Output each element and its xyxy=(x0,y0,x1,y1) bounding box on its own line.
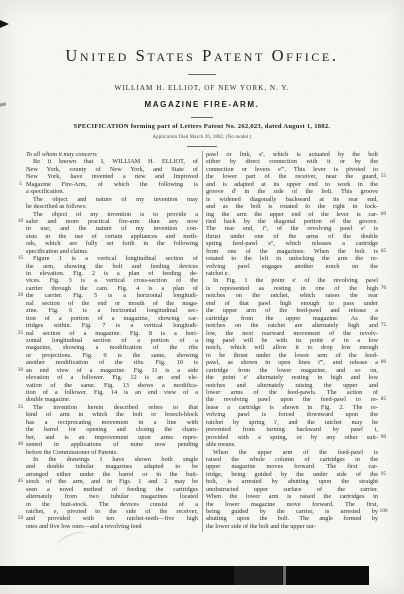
text-line: the upper arm of the feed-pawl and relea… xyxy=(206,307,389,314)
line-text: In the drawings I have shown both single xyxy=(26,456,198,463)
text-line: and double tubular magazines adapted to … xyxy=(15,463,198,470)
line-number xyxy=(15,471,26,478)
line-number: 20 xyxy=(15,292,26,299)
text-line: volving pawl is forced downward upon the xyxy=(206,411,389,418)
text-line: zine. Fig. 6 is a horizontal longitudina… xyxy=(15,307,198,314)
text-line: ods, which are fully set forth in the fo… xyxy=(15,240,198,247)
line-text: The object of my invention is to provide… xyxy=(26,211,198,218)
line-number xyxy=(378,486,389,493)
line-text: end of that pawl high enough to pass und… xyxy=(206,300,378,307)
text-line: rotated to the left in unlocking the arm… xyxy=(206,255,389,262)
line-number xyxy=(378,300,389,307)
text-line: being guided by the carrier, is arrested… xyxy=(206,508,389,515)
line-text: ried back by the diagonal portion of the… xyxy=(206,218,378,225)
line-number xyxy=(378,493,389,500)
line-number xyxy=(378,255,389,262)
line-number: 5 xyxy=(15,181,26,188)
line-number: 15 xyxy=(15,255,26,262)
inventor-line: WILLIAM H. ELLIOT, OF NEW YORK, N. Y. xyxy=(0,84,404,92)
text-line: the arm, showing the bolt and feeding de… xyxy=(15,263,198,270)
text-line: kind of arm in which the bolt or breech-… xyxy=(15,411,198,418)
line-number: 65 xyxy=(378,248,389,255)
line-text: pawl or link, e', which is actuated by t… xyxy=(206,151,378,158)
text-line: ing pawl will be with its point e' in a … xyxy=(206,337,389,344)
line-text: a specification. xyxy=(26,188,198,195)
text-line: ratchet, e, pivoted to the side of the r… xyxy=(15,508,198,515)
line-text: nal section of the end or mouth of the m… xyxy=(26,300,198,307)
line-text: lower arms of the feed-pawls. The action… xyxy=(206,389,378,396)
line-number xyxy=(15,449,26,456)
specification-line: SPECIFICATION forming part of Letters Pa… xyxy=(0,123,404,130)
line-text: ber, and is an improvement upon arms rep… xyxy=(26,434,198,441)
scan-band-light-patch xyxy=(234,566,282,585)
line-text: kind of arm in which the bolt or breech-… xyxy=(26,411,198,418)
line-number xyxy=(378,218,389,225)
line-text: safer and more practical fire-arm than a… xyxy=(26,218,198,225)
line-text: volving pawl is forced downward upon the xyxy=(206,411,378,418)
line-number xyxy=(378,374,389,381)
divider-rule xyxy=(188,74,216,75)
text-line: able means. xyxy=(206,441,389,448)
line-text: in elevation. Fig. 2 is a plan of feedin… xyxy=(26,270,198,277)
line-number xyxy=(378,270,389,277)
line-number xyxy=(15,173,26,180)
line-text: cartridge from the upper magazine. As th… xyxy=(206,315,378,322)
line-text: double magazine. xyxy=(26,396,198,403)
line-text: pawl, as shown in open lines i''', and r… xyxy=(206,359,378,366)
line-text: the point e' alternately resting in high… xyxy=(206,374,378,381)
line-number xyxy=(15,151,26,158)
text-line: The rear end, i'', of the revolving pawl… xyxy=(206,225,389,232)
line-text: cartridge from the lower magazine, and s… xyxy=(206,367,378,374)
line-text: has a reciprocating movement in a line w… xyxy=(26,419,198,426)
line-number xyxy=(15,307,26,314)
text-line: volving pawl engages another notch on th… xyxy=(206,263,389,270)
text-line: raised the whole column of cartridges in… xyxy=(206,456,389,463)
text-line: the point e' alternately resting in high… xyxy=(206,374,389,381)
text-line: The object of my invention is to provide… xyxy=(15,211,198,218)
line-number xyxy=(15,270,26,277)
text-line: specification and claims. xyxy=(15,248,198,255)
line-number xyxy=(15,248,26,255)
line-number xyxy=(378,352,389,359)
line-number xyxy=(15,456,26,463)
line-text: elevation of a follower. Fig. 12 is an e… xyxy=(26,374,198,381)
line-number xyxy=(378,151,389,158)
line-number xyxy=(378,292,389,299)
text-line: 15Figure 1 is a vertical longitudinal se… xyxy=(15,255,198,262)
line-number: 70 xyxy=(378,285,389,292)
text-line: 35The invention herein described refers … xyxy=(15,404,198,411)
line-text: arranged either under the barrel or in t… xyxy=(26,471,198,478)
line-number xyxy=(15,211,26,218)
text-line: upper magazine moves forward. The first … xyxy=(206,463,389,470)
line-text: ods, which are fully set forth in the fo… xyxy=(26,240,198,247)
text-line: 10safer and more practical fire-arm than… xyxy=(15,218,198,225)
line-number: 25 xyxy=(15,330,26,337)
text-line: in use; and the nature of my invention c… xyxy=(15,225,198,232)
text-line: tion of a follower. Fig. 14 is an end vi… xyxy=(15,389,198,396)
text-line: lease a cartridge is shown in Fig. 2. Th… xyxy=(206,404,389,411)
line-number xyxy=(378,307,389,314)
line-text: another modification of the ribs. Fig. 1… xyxy=(26,359,198,366)
line-text: the lower side of the bolt and the upper… xyxy=(206,523,378,530)
text-line: thrust under one of the arms of the doub… xyxy=(206,233,389,240)
line-number xyxy=(15,508,26,515)
line-text: spring feed-pawl e'', which releases a c… xyxy=(206,240,378,247)
line-number xyxy=(378,382,389,389)
line-number xyxy=(15,263,26,270)
line-text: prevented from turning backward by pawl … xyxy=(206,426,378,433)
line-number: 45 xyxy=(15,478,26,485)
text-line: connection or levers e'''. This lever is… xyxy=(206,166,389,173)
line-number: 80 xyxy=(378,359,389,366)
text-line: To all whom it may concern: xyxy=(15,151,198,158)
line-number: 35 xyxy=(15,404,26,411)
line-number: 85 xyxy=(378,396,389,403)
text-line: 40sented in applications of mine now pen… xyxy=(15,441,198,448)
text-line: from one of the magazines. When the bolt… xyxy=(206,248,389,255)
line-text: vices. Fig. 3 is a vertical cross-sectio… xyxy=(26,277,198,284)
line-number xyxy=(15,203,26,210)
line-number xyxy=(15,419,26,426)
patent-office-title: United States Patent Office. xyxy=(0,46,404,66)
text-line: seen a novel method of feeding the cartr… xyxy=(15,486,198,493)
line-text: tion of a portion of a magazine, showing… xyxy=(26,315,198,322)
scanner-black-band xyxy=(0,566,369,585)
line-number xyxy=(378,501,389,508)
line-text: lease a cartridge is shown in Fig. 2. Th… xyxy=(206,404,378,411)
line-number xyxy=(15,285,26,292)
line-text: seen a novel method of feeding the cartr… xyxy=(26,486,198,493)
line-number xyxy=(15,426,26,433)
line-text: the arm, showing the bolt and feeding de… xyxy=(26,263,198,270)
line-text: New York, have invented a new and Improv… xyxy=(26,173,198,180)
application-filed-line: Application filed March 20, 1882. (No mo… xyxy=(0,135,404,140)
text-line: ing the arm the upper end of the lever i… xyxy=(206,211,389,218)
text-line: another modification of the ribs. Fig. 1… xyxy=(15,359,198,366)
text-line: In Fig. 1 the point e' of the revolving … xyxy=(206,277,389,284)
line-text: ratchet, e, pivoted to the side of the r… xyxy=(26,508,198,515)
text-line: notch, which will allow it to drop low e… xyxy=(206,344,389,351)
text-line: has a reciprocating movement in a line w… xyxy=(15,419,198,426)
line-text: low, the next rearward movement of the r… xyxy=(206,330,378,337)
line-number xyxy=(378,203,389,210)
line-number xyxy=(378,441,389,448)
text-line: notches and alternately raising the uppe… xyxy=(206,382,389,389)
text-line: nal section of the end or mouth of the m… xyxy=(15,300,198,307)
line-number xyxy=(378,411,389,418)
text-line: When the lower arm is raised the cartrid… xyxy=(206,493,389,500)
text-line: alternately from two tubular magazines l… xyxy=(15,493,198,500)
line-number xyxy=(378,478,389,485)
line-text: either by direct connection with it or b… xyxy=(206,158,378,165)
text-line: unobstructed upper surface of the carrie… xyxy=(206,486,389,493)
line-number xyxy=(378,240,389,247)
text-line: arranged either under the barrel or in t… xyxy=(15,471,198,478)
line-number xyxy=(378,263,389,270)
line-text: zine. Fig. 6 is a horizontal longitudina… xyxy=(26,307,198,314)
scan-arrow-mark-icon xyxy=(0,20,9,28)
text-line: before the Commissioner of Patents. xyxy=(15,449,198,456)
text-line: sists in the use of certain appliances a… xyxy=(15,233,198,240)
text-line: notches on the ratchet, which raises the… xyxy=(206,292,389,299)
column-divider-rule xyxy=(202,151,203,532)
text-line: New York, have invented a new and Improv… xyxy=(15,173,198,180)
text-line: provided with a spring, or by any other … xyxy=(206,434,389,441)
text-line: the revolving pawl upon the feed-pawl to… xyxy=(206,396,389,403)
line-text: To all whom it may concern: xyxy=(26,151,198,158)
line-number xyxy=(378,463,389,470)
text-line: ratchet by spring i', and the ratchet ma… xyxy=(206,419,389,426)
line-number: 55 xyxy=(378,173,389,180)
line-text: alternately from two tubular magazines l… xyxy=(26,493,198,500)
text-line: double magazine. xyxy=(15,396,198,403)
line-text: In Fig. 1 the point e' of the revolving … xyxy=(206,277,378,284)
line-number xyxy=(378,389,389,396)
text-line: ried back by the diagonal portion of the… xyxy=(206,218,389,225)
line-number xyxy=(15,523,26,530)
line-text: the carrier. Fig. 5 is a horizontal long… xyxy=(26,292,198,299)
line-text: be described as follows: xyxy=(26,203,198,210)
line-text: specification and claims. xyxy=(26,248,198,255)
pencil-stray-mark xyxy=(54,529,89,555)
text-line: Be it known that I, WILLIAM H. ELLIOT, o… xyxy=(15,158,198,165)
line-number xyxy=(15,434,26,441)
line-number xyxy=(378,523,389,530)
line-number xyxy=(15,158,26,165)
text-line: elevation of a follower. Fig. 12 is an e… xyxy=(15,374,198,381)
text-line: to be thrust under the lower arm of the … xyxy=(206,352,389,359)
line-text: or projections. Fig. 9 is the same, show… xyxy=(26,352,198,359)
line-number xyxy=(378,337,389,344)
text-line: the barrel for opening and closing the c… xyxy=(15,426,198,433)
invention-title: MAGAZINE FIRE-ARM. xyxy=(0,100,404,109)
text-line: the lower magazine move forward. The fir… xyxy=(206,501,389,508)
line-text: from one of the magazines. When the bolt… xyxy=(206,248,378,255)
line-number: 10 xyxy=(15,218,26,225)
text-line: or projections. Fig. 9 is the same, show… xyxy=(15,352,198,359)
text-line: prevented from turning backward by pawl … xyxy=(206,426,389,433)
text-line: 5Magazine Fire-Arm, of which the followi… xyxy=(15,181,198,188)
text-line: pawl, as shown in open lines i''', and r… xyxy=(206,359,389,366)
line-number xyxy=(15,344,26,351)
line-text: Figure 1 is a vertical longitudinal sect… xyxy=(26,255,198,262)
text-line: zontal longitudinal section of a portion… xyxy=(15,337,198,344)
line-number xyxy=(15,315,26,322)
line-text: sented in applications of mine now pendi… xyxy=(26,441,198,448)
text-line: the lower side of the bolt and the upper… xyxy=(206,523,389,530)
line-text: connection or levers e'''. This lever is… xyxy=(206,166,378,173)
line-number xyxy=(378,315,389,322)
line-number: 95 xyxy=(378,471,389,478)
line-number xyxy=(378,225,389,232)
line-number xyxy=(15,233,26,240)
line-number xyxy=(378,158,389,165)
line-text: being guided by the carrier, is arrested… xyxy=(206,508,378,515)
text-line: 45stock of the arm, and in Figs. 1 and 2… xyxy=(15,478,198,485)
text-line: tion of a portion of a magazine, showing… xyxy=(15,315,198,322)
text-line: carrier through the cam. Fig. 4 is a pla… xyxy=(15,285,198,292)
line-text: before the Commissioner of Patents. xyxy=(26,449,198,456)
line-number xyxy=(15,196,26,203)
line-text: provided with a spring, or by any other … xyxy=(206,434,378,441)
line-text: ing pawl will be with its point e' in a … xyxy=(206,337,378,344)
text-line: and as the bolt is rotated to the right … xyxy=(206,203,389,210)
text-line: and is adapted at its upper end to work … xyxy=(206,181,389,188)
text-line: 30an end view of a magazine. Fig. 11 is … xyxy=(15,367,198,374)
text-line: in elevation. Fig. 2 is a plan of feedin… xyxy=(15,270,198,277)
line-text: volving pawl engages another notch on th… xyxy=(206,263,378,270)
line-text: in the butt-stock. The devices consist o… xyxy=(26,501,198,508)
line-number xyxy=(15,396,26,403)
text-line: pawl or link, e', which is actuated by t… xyxy=(206,151,389,158)
right-column: pawl or link, e', which is actuated by t… xyxy=(206,151,389,530)
line-text: tion of a follower. Fig. 14 is an end vi… xyxy=(26,389,198,396)
text-line: tridge, being guided by the under side o… xyxy=(206,471,389,478)
line-text: tridges within. Fig. 7 is a vertical lon… xyxy=(26,322,198,329)
line-number xyxy=(378,233,389,240)
line-number xyxy=(378,181,389,188)
line-number xyxy=(15,166,26,173)
line-text: ratchet by spring i', and the ratchet ma… xyxy=(206,419,378,426)
text-line: tridges within. Fig. 7 is a vertical lon… xyxy=(15,322,198,329)
text-line: The object and nature of my invention ma… xyxy=(15,196,198,203)
scan-band-slit xyxy=(283,566,286,585)
line-number xyxy=(378,277,389,284)
line-number xyxy=(15,501,26,508)
line-number xyxy=(15,374,26,381)
text-line: is widened diagonally backward at its re… xyxy=(206,196,389,203)
line-text: New York, county of New York, and State … xyxy=(26,166,198,173)
line-number xyxy=(378,456,389,463)
line-text: Be it known that I, WILLIAM H. ELLIOT, o… xyxy=(26,158,198,165)
text-line: magazine, showing a modification of the … xyxy=(15,344,198,351)
text-line: a specification. xyxy=(15,188,198,195)
line-text: bolt, is arrested by abutting upon the s… xyxy=(206,478,378,485)
line-number xyxy=(15,382,26,389)
text-line: vices. Fig. 3 is a vertical cross-sectio… xyxy=(15,277,198,284)
line-text: and provided with ten ratchet-teeth—five… xyxy=(26,515,198,522)
line-text: notch, which will allow it to drop low e… xyxy=(206,344,378,351)
text-line: bolt, is arrested by abutting upon the s… xyxy=(206,478,389,485)
line-text: ing the arm the upper end of the lever i… xyxy=(206,211,378,218)
line-number xyxy=(378,404,389,411)
line-text: nal section of a magazine. Fig. 8 is a h… xyxy=(26,330,198,337)
line-number xyxy=(378,196,389,203)
line-number xyxy=(15,322,26,329)
line-text: The invention herein described refers to… xyxy=(26,404,198,411)
line-number xyxy=(15,493,26,500)
line-number xyxy=(15,359,26,366)
line-text: carrier through the cam. Fig. 4 is a pla… xyxy=(26,285,198,292)
line-text: and is adapted at its upper end to work … xyxy=(206,181,378,188)
line-text: notches on the ratchet, which raises the… xyxy=(206,292,378,299)
line-text: the lower magazine move forward. The fir… xyxy=(206,501,378,508)
text-line: In the drawings I have shown both single xyxy=(15,456,198,463)
line-number xyxy=(378,166,389,173)
text-line: vation of the same. Fig. 13 shows a modi… xyxy=(15,382,198,389)
line-text: to be thrust under the lower arm of the … xyxy=(206,352,378,359)
line-text: rotated to the left in unlocking the arm… xyxy=(206,255,378,262)
line-text: able means. xyxy=(206,441,378,448)
line-number: 75 xyxy=(378,322,389,329)
specification-body: To all whom it may concern:Be it known t… xyxy=(15,151,389,532)
line-text: abutting upon the bolt. The angle formed… xyxy=(206,515,378,522)
line-text: the barrel for opening and closing the c… xyxy=(26,426,198,433)
line-text: Magazine Fire-Arm, of which the followin… xyxy=(26,181,198,188)
line-number: 60 xyxy=(378,211,389,218)
line-text: upper magazine moves forward. The first … xyxy=(206,463,378,470)
text-line: spring feed-pawl e'', which releases a c… xyxy=(206,240,389,247)
text-line: cartridge from the lower magazine, and s… xyxy=(206,367,389,374)
line-text: ones and five low ones—and a revolving f… xyxy=(26,523,198,530)
line-text: vation of the same. Fig. 13 shows a modi… xyxy=(26,382,198,389)
text-line: New York, county of New York, and State … xyxy=(15,166,198,173)
patent-document-page: United States Patent Office. WILLIAM H. … xyxy=(0,0,404,594)
line-number xyxy=(378,449,389,456)
line-text: ratchet e. xyxy=(206,270,378,277)
text-line: 20the carrier. Fig. 5 is a horizontal lo… xyxy=(15,292,198,299)
text-line: cartridge from the upper magazine. As th… xyxy=(206,315,389,322)
line-text: and as the bolt is rotated to the right … xyxy=(206,203,378,210)
text-line: either by direct connection with it or b… xyxy=(206,158,389,165)
line-text: the revolving pawl upon the feed-pawl to… xyxy=(206,396,378,403)
line-text: an end view of a magazine. Fig. 11 is a … xyxy=(26,367,198,374)
text-line: abutting upon the bolt. The angle formed… xyxy=(206,515,389,522)
line-text: notches and alternately raising the uppe… xyxy=(206,382,378,389)
line-number: 90 xyxy=(378,434,389,441)
text-line: low, the next rearward movement of the r… xyxy=(206,330,389,337)
line-text: and double tubular magazines adapted to … xyxy=(26,463,198,470)
divider-rule xyxy=(187,146,217,147)
line-number xyxy=(15,352,26,359)
line-text: groove d' in the side of the bolt. This … xyxy=(206,188,378,195)
line-number xyxy=(15,277,26,284)
text-line: groove d' in the side of the bolt. This … xyxy=(206,188,389,195)
line-number xyxy=(15,337,26,344)
text-line: ones and five low ones—and a revolving f… xyxy=(15,523,198,530)
line-text: sists in the use of certain appliances a… xyxy=(26,233,198,240)
text-line: 50and provided with ten ratchet-teeth—fi… xyxy=(15,515,198,522)
left-column: To all whom it may concern:Be it known t… xyxy=(15,151,198,530)
line-text: raised the whole column of cartridges in… xyxy=(206,456,378,463)
line-number xyxy=(15,225,26,232)
text-line: is represented as resting in one of the … xyxy=(206,285,389,292)
text-line: notches on the ratchet are alternately h… xyxy=(206,322,389,329)
line-text: tridge, being guided by the under side o… xyxy=(206,471,378,478)
line-number xyxy=(15,240,26,247)
line-text: is represented as resting in one of the … xyxy=(206,285,378,292)
line-text: is widened diagonally backward at its re… xyxy=(206,196,378,203)
line-number xyxy=(15,188,26,195)
line-number xyxy=(15,486,26,493)
line-number xyxy=(15,411,26,418)
line-number xyxy=(378,330,389,337)
line-text: The object and nature of my invention ma… xyxy=(26,196,198,203)
line-text: When the lower arm is raised the cartrid… xyxy=(206,493,378,500)
text-line: in the butt-stock. The devices consist o… xyxy=(15,501,198,508)
line-text: zontal longitudinal section of a portion… xyxy=(26,337,198,344)
line-number xyxy=(15,389,26,396)
line-text: in use; and the nature of my invention c… xyxy=(26,225,198,232)
text-line: be described as follows: xyxy=(15,203,198,210)
line-text: notches on the ratchet are alternately h… xyxy=(206,322,378,329)
divider-rule xyxy=(191,117,213,118)
line-number xyxy=(378,426,389,433)
line-number: 50 xyxy=(15,515,26,522)
text-line: lower arms of the feed-pawls. The action… xyxy=(206,389,389,396)
